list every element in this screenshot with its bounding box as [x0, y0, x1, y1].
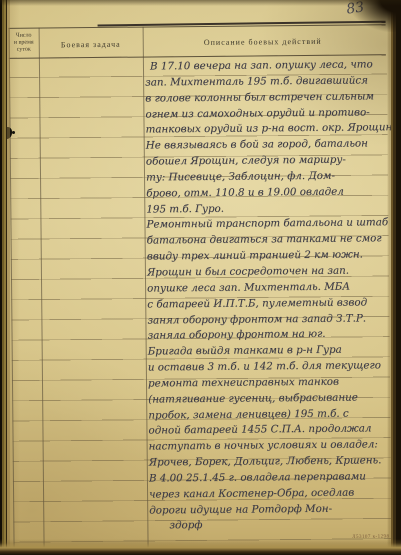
- column-header-combat-description: Описание боевых действий: [143, 36, 383, 47]
- page-right-edge: [387, 0, 401, 555]
- handwritten-line: в голове колонны был встречен сильным: [145, 89, 393, 107]
- handwritten-line: здорф: [169, 517, 397, 535]
- page-top-edge: [0, 0, 401, 6]
- column-header-line: суток: [9, 47, 39, 54]
- journal-page-scan: 83 Число и время суток Боевая задача Опи…: [0, 0, 401, 555]
- page-bottom-edge: [0, 539, 401, 555]
- handwritten-line: Не ввязываясь в бой за город, батальон: [146, 136, 394, 154]
- column-header-combat-task: Боевая задача: [39, 40, 143, 50]
- page-content: 83 Число и время суток Боевая задача Опи…: [0, 0, 401, 555]
- handwritten-line: и оставив 3 т.б. и 142 т.б. для текущего: [148, 358, 396, 376]
- column-header-date-time: Число и время суток: [9, 33, 39, 54]
- handwritten-line: с батареей И.П.Т.Б, пулеметный взвод: [147, 295, 395, 313]
- handwritten-entry: В 17.10 вечера на зап. опушку леса, что …: [145, 57, 398, 535]
- handwritten-line: ввиду трех линий траншей 2 км южн.: [147, 247, 395, 265]
- handwritten-line: В 4.00 25.1.45 г. овладела переправами: [149, 469, 397, 487]
- handwritten-line: занял оборону фронтом на запад З.Т.Р.: [147, 311, 395, 329]
- book-binding-edge: [0, 0, 10, 555]
- handwritten-line: зап. Михтенталь 195 т.б. двигавшийся: [145, 73, 393, 91]
